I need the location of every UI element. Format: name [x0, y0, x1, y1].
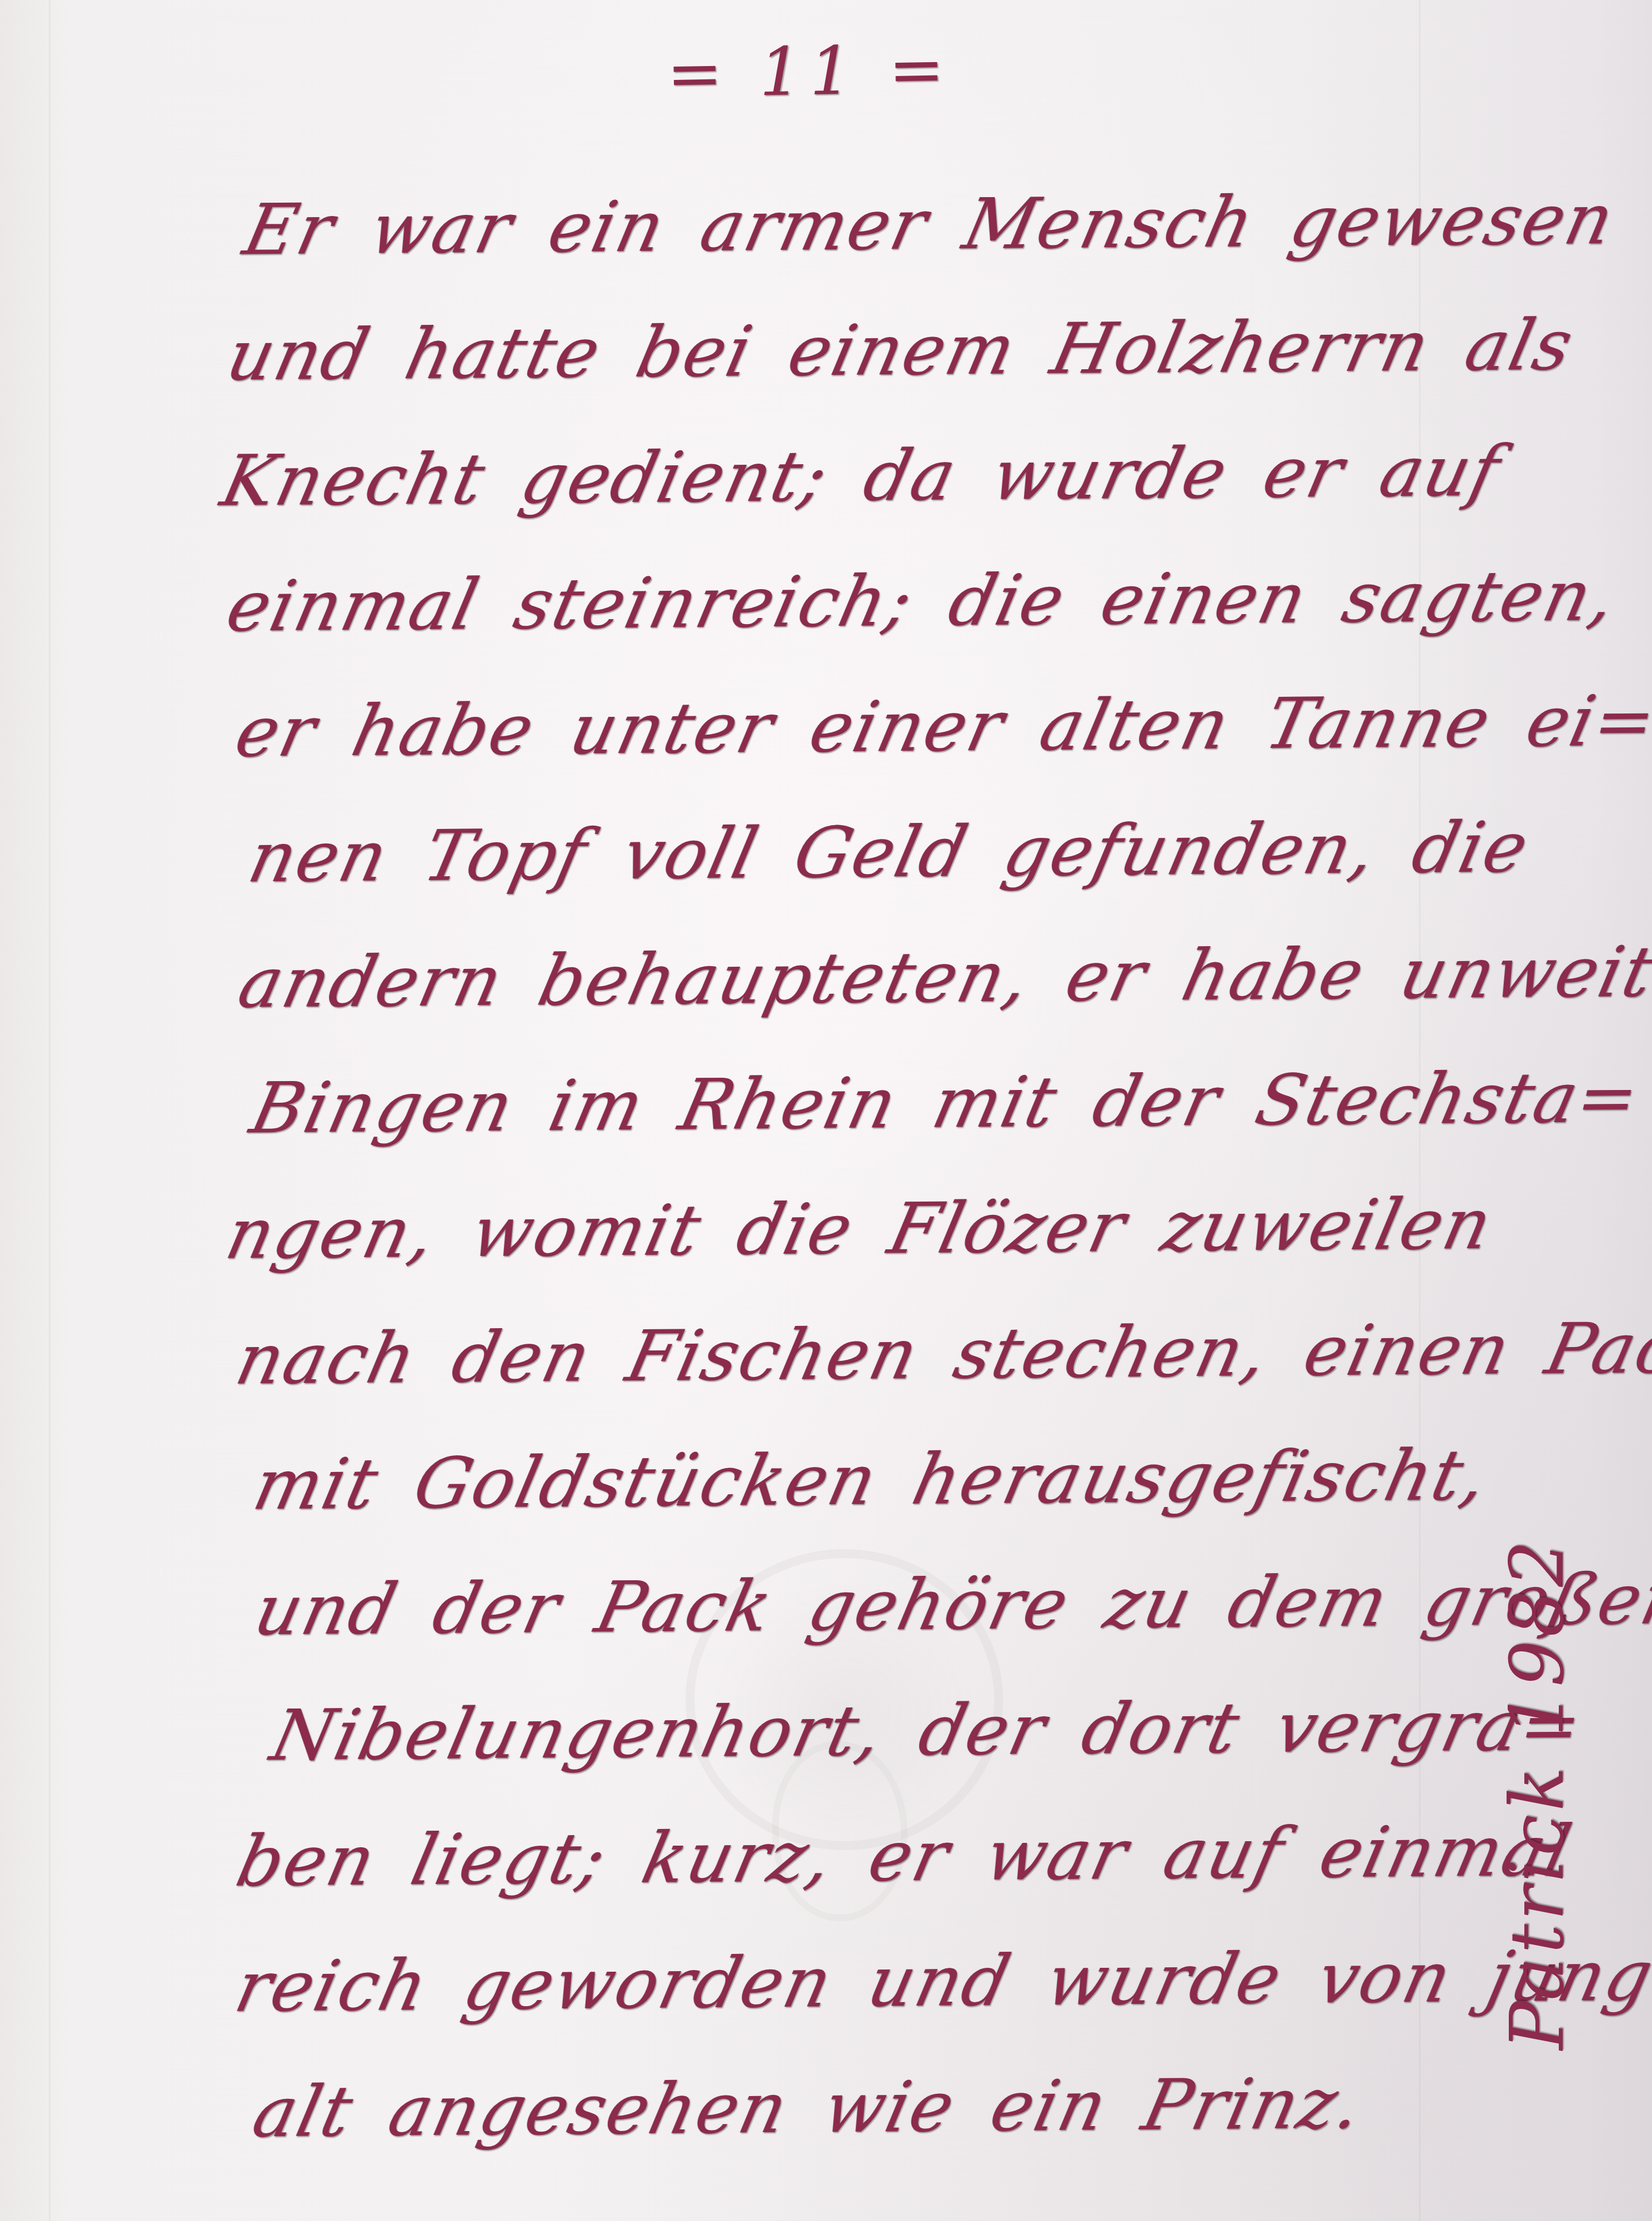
manuscript-line: andern behaupteten, er habe unweit: [226, 909, 1620, 1046]
manuscript-line: und der Pack gehöre zu dem großen: [243, 1537, 1625, 1674]
manuscript-line: mit Goldstücken herausgefischt,: [241, 1411, 1624, 1548]
page-number: = 11 =: [0, 19, 1636, 125]
manuscript-line: reich geworden und wurde von jung und: [223, 1913, 1628, 2050]
paper-crease-left: [49, 0, 51, 2221]
manuscript-line: einmal steinreich; die einen sagten,: [215, 533, 1617, 670]
manuscript-line: Bingen im Rhein mit der Stechsta=: [239, 1035, 1621, 1172]
manuscript-line: Knecht gedient; da wurde er auf: [209, 408, 1616, 544]
manuscript-text: Er war ein armer Mensch gewesenund hatte…: [231, 157, 1601, 2175]
manuscript-line: alt angesehen wie ein Prinz.: [241, 2039, 1629, 2175]
manuscript-line: er habe unter einer alten Tanne ei=: [224, 659, 1618, 795]
manuscript-line: und hatte bei einem Holzherrn als: [215, 282, 1615, 419]
signature-vertical: Patrick 1982: [1495, 1537, 1580, 2050]
scanned-manuscript-page: = 11 = Er war ein armer Mensch gewesenun…: [0, 0, 1652, 2221]
manuscript-line: nen Topf voll Geld gefunden, die: [236, 784, 1619, 921]
manuscript-line: ngen, womit die Flözer zuweilen: [214, 1160, 1622, 1297]
manuscript-line: nach den Fischen stechen, einen Pack: [224, 1286, 1623, 1423]
manuscript-line: Nibelungenhort, der dort vergra=: [259, 1662, 1626, 1798]
manuscript-line: ben liegt; kurz, er war auf einmal: [225, 1788, 1627, 1924]
manuscript-line: Er war ein armer Mensch gewesen: [232, 157, 1614, 293]
